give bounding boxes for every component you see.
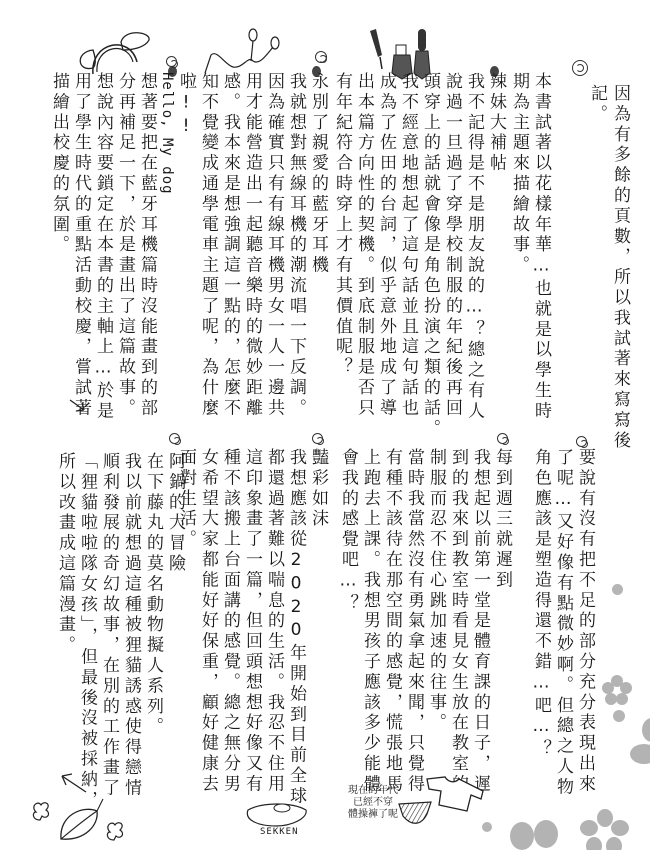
text-column: 在下藤丸的莫名動物擬人系列。 [144,452,161,738]
text-column: 女希望大家都能好好保重，顧好健康去 [199,448,216,795]
caption-line: 已經不穿 [338,797,408,809]
flower-icon [600,673,634,707]
swirl-icon [312,433,323,444]
section-title: 永別了親愛的藍牙耳機 [309,72,326,276]
text-column: 當時我當然沒有勇氣拿起來聞，只覺得 [405,448,422,795]
text-column: 我想起以前第一堂是體育課的日子，遲 [471,448,488,795]
text-column: 所以改畫成這篇漫畫。 [56,452,73,656]
swirl-icon [315,51,327,63]
text-column: 知不覺變成通學電車主題了呢，為什麼 [199,72,216,419]
flower-icon [580,810,630,850]
text-column: 本書試著以花樣年華…也就是以學生時 [532,72,549,422]
section-title: 每到週三就遲到 [493,448,510,591]
text-column: 描繪出校慶的氛圍。 [50,72,67,256]
illustration-caption: 現在的年代 已經不穿 體操褲了呢 [338,785,408,821]
text-column: 「狸貓啦啦隊女孩」，但最後沒被採納， [78,452,95,811]
text-column: 會我的感覺吧…？ [339,448,356,614]
text-column: 成為了佐田的台詞，似乎意外地成了導 [377,72,394,419]
bunny-ears-headband-icon [75,22,155,77]
text-column: 要說有沒有把不足的部分充分表現出來 [576,448,593,795]
text-column: 到的我來到教室時看見女生放在教室的 [449,448,466,795]
section-title: 阿鍋的大冒險 [166,452,183,574]
text-column: 感。我本來是想強調這一點的，怎麼不 [221,72,238,419]
flower-icon [104,820,126,842]
text-column: 出本篇方向性的契機。到底制服是否只 [355,72,372,419]
text-column: 角色應該是塑造得還不錯…吧…？ [532,448,549,760]
caption-line: 現在的年代 [338,785,408,797]
flower-icon [30,800,52,822]
decorative-dot [613,710,625,722]
decorative-dot [482,822,492,832]
text-column: 啦!! [177,72,194,139]
arrow-icon [58,770,88,795]
soap-label: SEKKEN [260,827,299,837]
swirl-icon [572,60,588,76]
text-column: 有年紀符合時穿上才有其價值呢？ [333,72,350,378]
section-title: 豔彩如沫 [309,448,326,530]
flower-icon [508,818,558,850]
text-column: 想著要把在藍牙耳機篇時沒能畫到的部 [138,72,155,419]
text-column: 有種不該待在那空間的感覺，慌張地馬 [383,448,400,795]
text-column: 因為有多餘的頁數，所以我試著來寫寫後 [611,84,628,451]
swirl-icon [169,433,180,444]
text-column: 記。 [588,84,605,125]
text-column: 因為確實只有有線耳機男女一人一邊共 [265,72,282,419]
flower-icon [628,720,650,780]
decorative-dot [612,584,623,595]
swirl-icon [166,56,177,67]
text-column: 我不記得是不是朋友說的…？總之有人 [465,72,482,422]
text-column: 都還過著難以喘息的生活。我忍不住用 [265,448,282,795]
text-column: 說過一旦過了穿學校制服的年紀後再回 [443,72,460,419]
soap-icon [242,800,312,828]
text-column: 制服而忍不住心跳加速的往事。 [427,448,444,734]
text-column: 分再補足一下，於是畫出了這篇故事。 [116,72,133,419]
text-column: 種不該搬上台面講的感覺。總之無分男 [221,448,238,795]
leaf-icon [55,795,105,845]
text-column: 這印象畫了一篇，但回頭想想好像又有 [243,448,260,795]
wired-earphones-icon [203,25,283,75]
text-column: 順利發展的奇幻故事，在別的工作畫了 [100,452,117,799]
text-column: 想說內容要鎖定在本書的主軸上…於是 [94,72,111,422]
gym-shirt-icon [425,775,485,815]
swirl-icon [576,436,587,447]
text-column: 我想應該從2020年開始到目前全球 [287,448,304,807]
section-title: Hello, My dog [160,72,174,195]
text-column: 我以前就想過這種被狸貓誘惑使得戀情 [122,452,139,799]
text-column: 我就想對無線耳機的潮流唱一下反調。 [287,72,304,419]
swirl-icon [497,433,508,444]
text-column: 上跑去上課。我想男孩子應該多少能體 [361,448,378,795]
text-column: 頭穿上的話就會像是角色扮演之類的話。 [421,72,438,439]
text-column: 了呢…又好像有點微妙啊。但總之人物 [554,448,571,798]
text-column: 期為主題來描繪故事。 [510,72,527,276]
arrow-icon [68,398,88,414]
text-column: 用才能營造出一起聽音樂時的微妙距離 [243,72,260,419]
text-column: 我不經意地想起了這句話並且這句話也 [399,72,416,419]
text-column: 用了學生時代的重點活動校慶，嘗試著 [72,72,89,419]
caption-line: 體操褲了呢 [338,809,408,821]
section-title: 辣妹大補帖 [487,72,504,174]
